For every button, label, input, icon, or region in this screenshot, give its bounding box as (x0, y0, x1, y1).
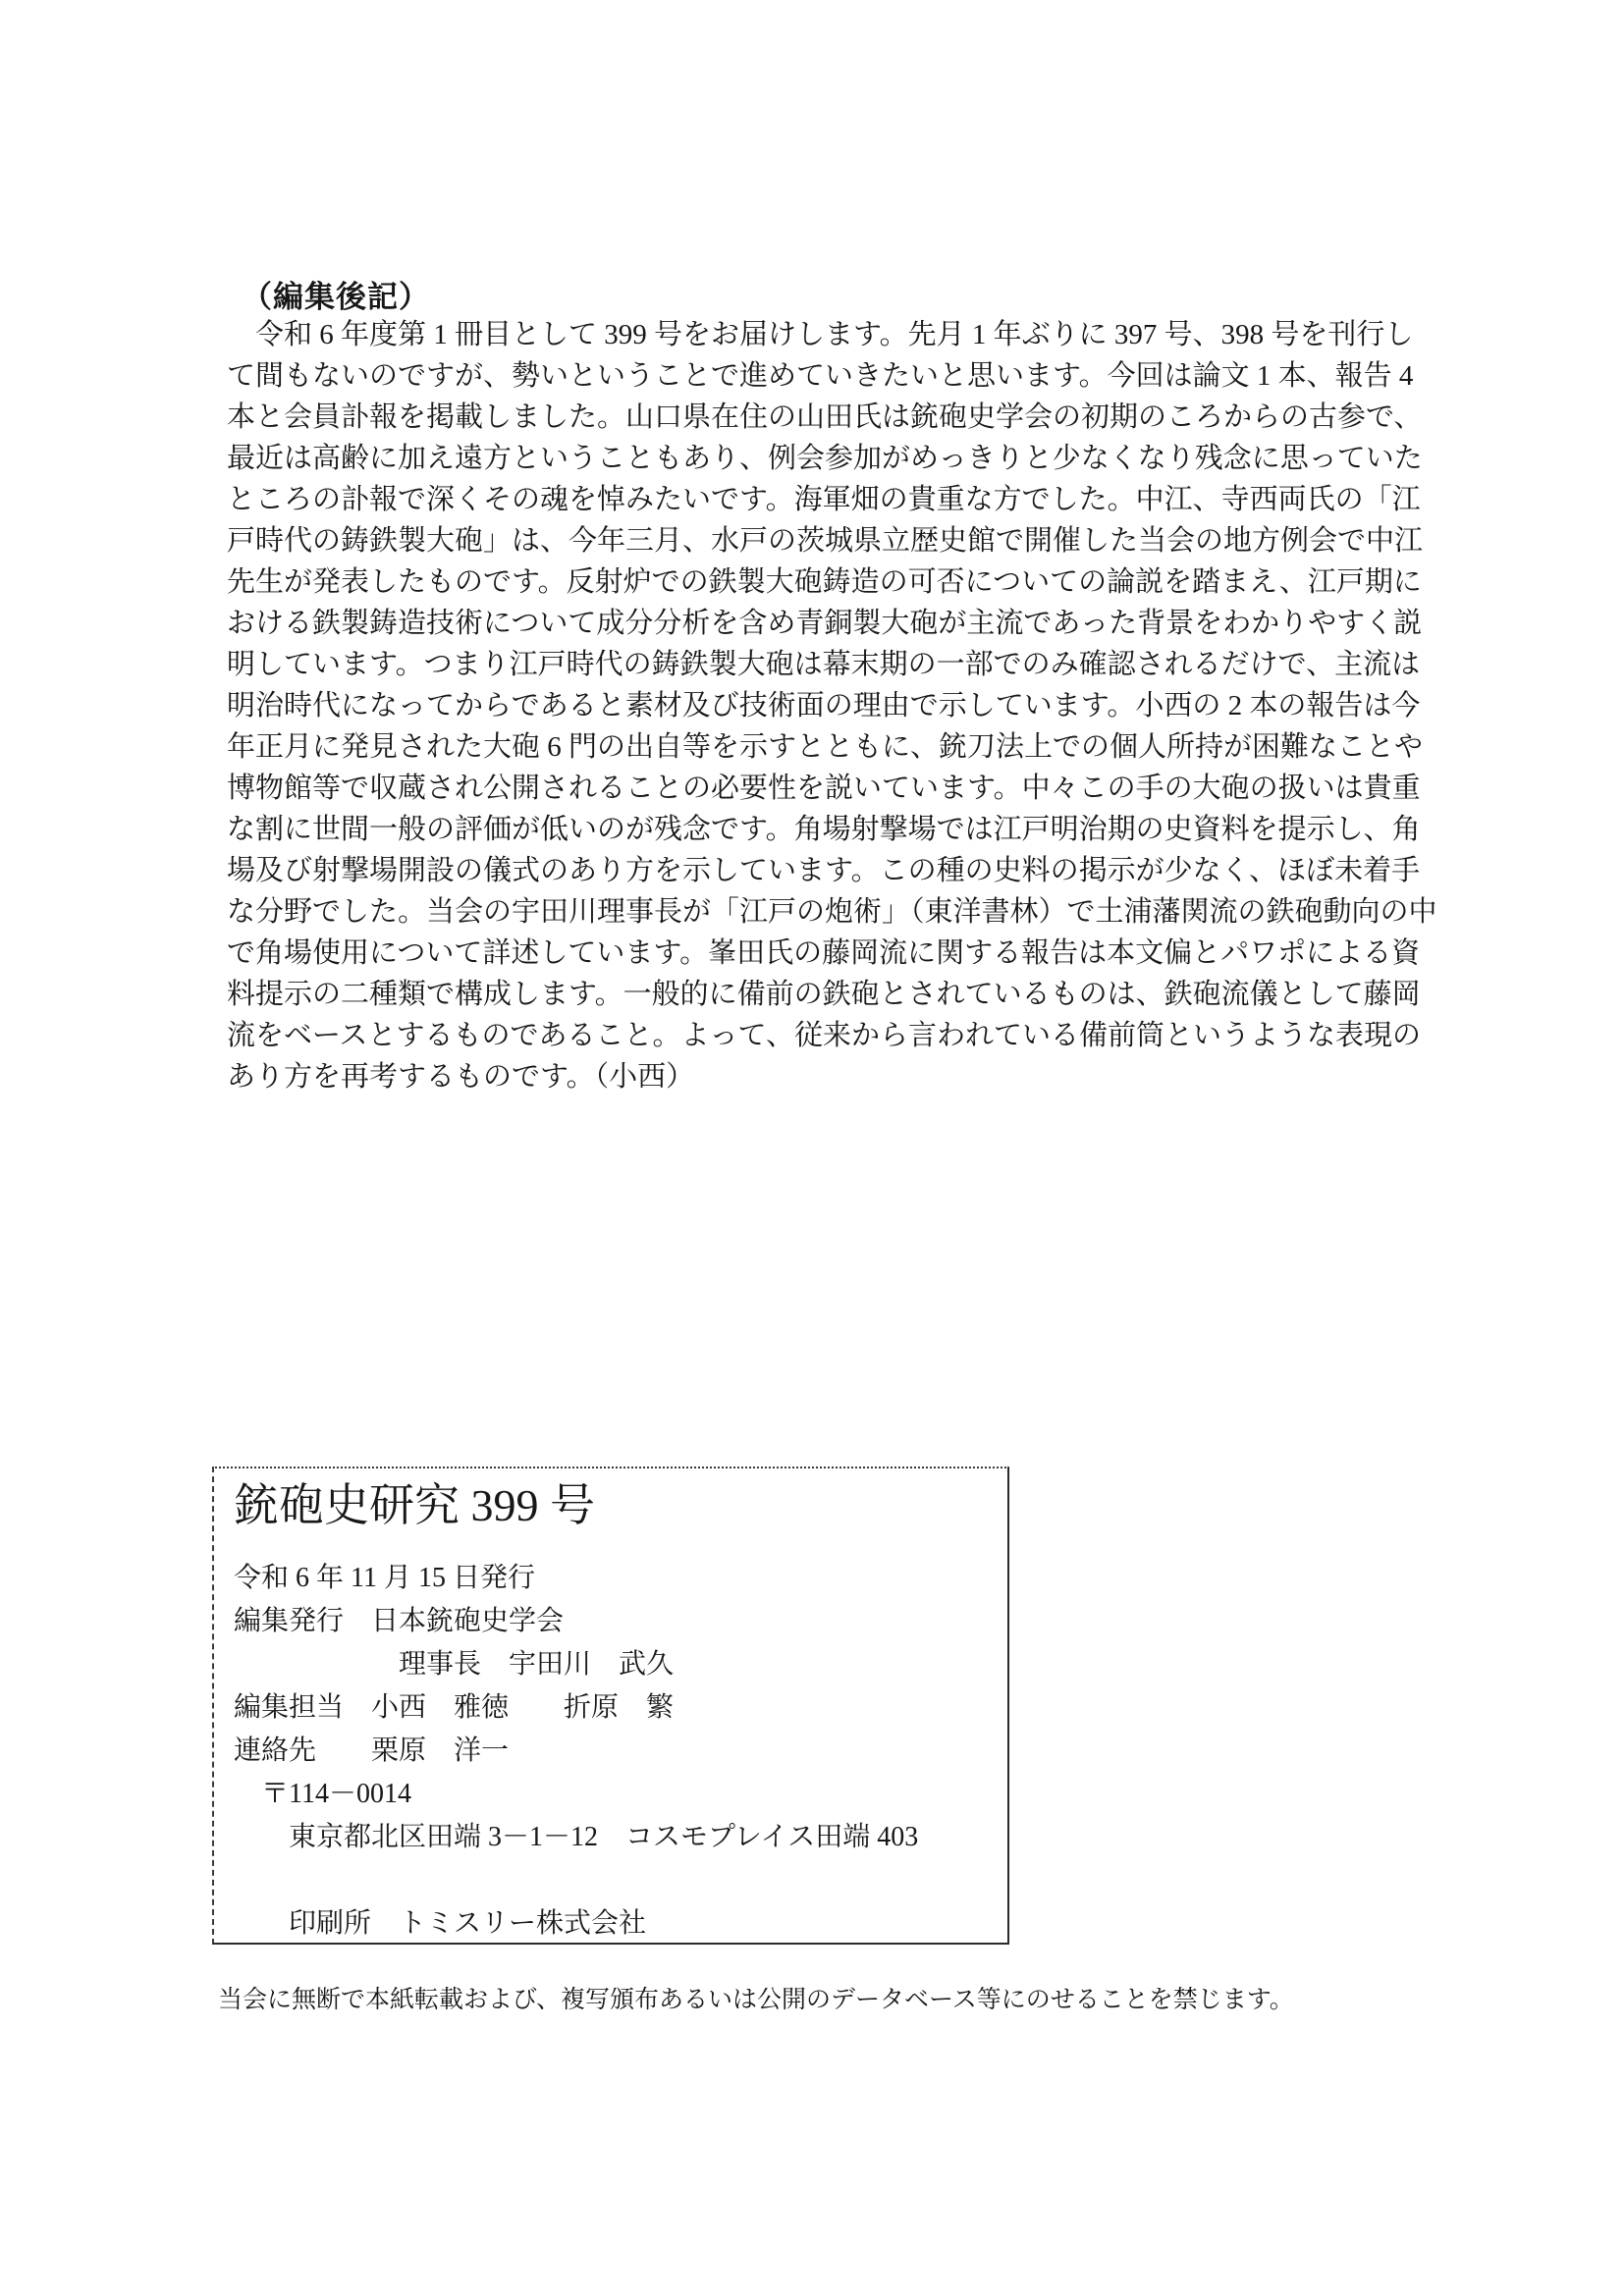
paragraph-line: な割に世間一般の評価が低いのが残念です。角場射撃場では江戸明治期の史資料を提示し… (227, 809, 1425, 850)
chairman-line: 理事長 宇田川 武久 (234, 1643, 990, 1686)
paragraph-line: あり方を再考するものです。（小西） (227, 1056, 1425, 1097)
publisher-line: 編集発行 日本銃砲史学会 (234, 1600, 990, 1643)
paragraph-line: 流をベースとするものであること。よって、従来から言われている備前筒というような表… (227, 1015, 1425, 1056)
paragraph-line: で角場使用について詳述しています。峯田氏の藤岡流に関する報告は本文偏とパワポによ… (227, 933, 1425, 974)
paragraph-line: 最近は高齢に加え遠方ということもあり、例会参加がめっきりと少なくなり残念に思って… (227, 438, 1425, 479)
paragraph-line: 料提示の二種類で構成します。一般的に備前の鉄砲とされているものは、鉄砲流儀として… (227, 974, 1425, 1015)
paragraph-line: おける鉄製鋳造技術について成分分析を含め青銅製大砲が主流であった背景をわかりやす… (227, 603, 1425, 644)
contact-line: 連絡先 栗原 洋一 (234, 1730, 990, 1773)
paragraph-line: 令和 6 年度第 1 冊目として 399 号をお届けします。先月 1 年ぶりに … (227, 314, 1425, 355)
paragraph-line: な分野でした。当会の宇田川理事長が「江戸の炮術」（東洋書林）で土浦藩関流の鉄砲動… (227, 891, 1425, 933)
colophon-box: 銃砲史研究 399 号 令和 6 年 11 月 15 日発行 編集発行 日本銃砲… (212, 1467, 1009, 1945)
paragraph-line: て間もないのですが、勢いということで進めていきたいと思います。今回は論文 1 本… (227, 355, 1425, 397)
paragraph-line: 場及び射撃場開設の儀式のあり方を示しています。この種の史料の掲示が少なく、ほぼ未… (227, 850, 1425, 891)
postscript-paragraph: 令和 6 年度第 1 冊目として 399 号をお届けします。先月 1 年ぶりに … (227, 314, 1425, 1097)
copyright-notice: 当会に無断で本紙転載および、複写頒布あるいは公開のデータベース等にのせることを禁… (218, 1985, 1294, 2016)
editors-line: 編集担当 小西 雅徳 折原 繁 (234, 1686, 990, 1730)
paragraph-line: 明しています。つまり江戸時代の鋳鉄製大砲は幕末期の一部でのみ確認されるだけで、主… (227, 644, 1425, 685)
blank-line (234, 1859, 990, 1902)
paragraph-line: 博物館等で収蔵され公開されることの必要性を説いています。中々この手の大砲の扱いは… (227, 768, 1425, 809)
address-line: 東京都北区田端 3－1－12 コスモプレイス田端 403 (234, 1816, 990, 1859)
publication-date: 令和 6 年 11 月 15 日発行 (234, 1557, 990, 1600)
document-page: （編集後記） 令和 6 年度第 1 冊目として 399 号をお届けします。先月 … (0, 0, 1624, 2296)
postal-code-line: 〒114－0014 (234, 1773, 990, 1816)
paragraph-line: 戸時代の鋳鉄製大砲」は、今年三月、水戸の茨城県立歴史館で開催した当会の地方例会で… (227, 520, 1425, 561)
paragraph-line: 明治時代になってからであると素材及び技術面の理由で示しています。小西の 2 本の… (227, 685, 1425, 726)
paragraph-line: ところの訃報で深くその魂を悼みたいです。海軍畑の貴重な方でした。中江、寺西両氏の… (227, 479, 1425, 520)
paragraph-line: 先生が発表したものです。反射炉での鉄製大砲鋳造の可否についての論説を踏まえ、江戸… (227, 561, 1425, 603)
journal-title: 銃砲史研究 399 号 (234, 1480, 595, 1531)
paragraph-line: 本と会員訃報を掲載しました。山口県在住の山田氏は銃砲史学会の初期のころからの古参… (227, 397, 1425, 438)
paragraph-line: 年正月に発見された大砲 6 門の出自等を示すとともに、銃刀法上での個人所持が困難… (227, 726, 1425, 768)
colophon-details: 令和 6 年 11 月 15 日発行 編集発行 日本銃砲史学会 理事長 宇田川 … (234, 1557, 990, 1946)
printer-line: 印刷所 トミスリー株式会社 (234, 1902, 990, 1946)
postscript-heading: （編集後記） (242, 272, 430, 316)
